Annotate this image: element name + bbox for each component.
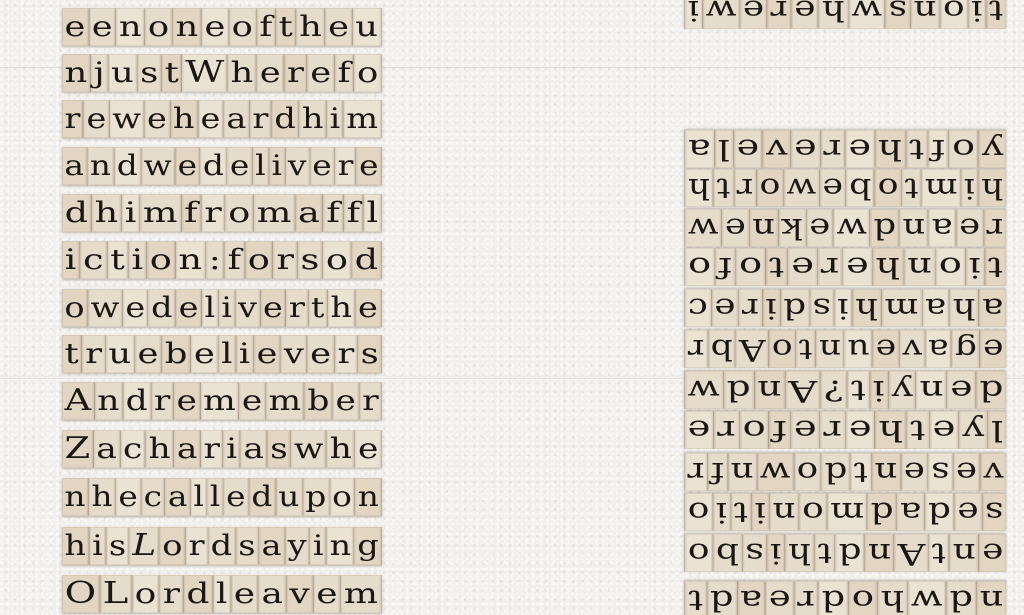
letter-tile: h <box>684 169 713 207</box>
letter-tile: i <box>236 335 254 373</box>
letter-tile: i <box>960 169 977 207</box>
letter-tile: a <box>224 100 250 138</box>
letter-tile: o <box>798 493 826 531</box>
letter-tile: a <box>684 130 713 168</box>
letter-tile: A <box>62 382 95 420</box>
letter-tile: Z <box>62 430 94 468</box>
letter-tile: m <box>826 493 866 531</box>
letter-tile: c <box>80 241 107 279</box>
letter-tile: a <box>62 147 87 185</box>
letter-tile: m <box>254 194 295 232</box>
letter-tile: h <box>146 430 174 468</box>
letter-tile: o <box>848 581 877 615</box>
letter-tile: L <box>130 527 160 565</box>
letter-tile: r <box>819 411 844 449</box>
letter-tile: n <box>176 241 206 279</box>
letter-tile: d <box>870 209 899 247</box>
letter-tile: n <box>949 534 979 572</box>
letter-tile: u <box>108 54 137 92</box>
letter-tile: s <box>107 527 130 565</box>
letter-tile: c <box>121 430 146 468</box>
text-line: yoftherevela <box>684 130 1006 168</box>
letter-tile: t <box>850 453 871 491</box>
letter-tile: t <box>906 411 928 449</box>
line-text: truebelievers <box>62 335 383 373</box>
letter-tile: n <box>976 581 1006 615</box>
letter-tile: e <box>116 478 141 516</box>
letter-tile: e <box>955 209 982 247</box>
line-text: denyit?Andw <box>684 371 1006 409</box>
letter-tile: n <box>769 493 799 531</box>
letter-tile: i <box>310 527 327 565</box>
letter-tile: h <box>949 289 978 327</box>
letter-tile: e <box>89 8 116 46</box>
letter-tile: e <box>710 289 738 327</box>
letter-tile: o <box>145 8 173 46</box>
letter-tile: f <box>182 194 202 232</box>
letter-tile: n <box>87 147 114 185</box>
letter-tile: n <box>864 534 894 572</box>
letter-tile: A <box>894 534 928 572</box>
letter-tile: i <box>967 0 985 29</box>
letter-tile: b <box>845 169 873 207</box>
letter-tile: o <box>684 534 712 572</box>
letter-tile: r <box>684 330 707 368</box>
letter-tile: h <box>328 289 356 327</box>
letter-tile: j <box>91 54 108 92</box>
letter-tile: e <box>928 411 958 449</box>
text-line: ndwhodreadt <box>684 581 1006 615</box>
letter-tile: o <box>226 194 255 232</box>
letter-tile: d <box>201 147 228 185</box>
letter-tile: s <box>885 0 910 29</box>
letter-tile: r <box>767 0 791 29</box>
letter-tile: e <box>135 335 162 373</box>
letter-tile: e <box>790 411 820 449</box>
letter-tile: e <box>261 289 287 327</box>
letter-tile: g <box>951 330 979 368</box>
letter-tile: r <box>684 453 707 491</box>
letter-tile: w <box>684 371 723 409</box>
letter-tile: t <box>62 335 83 373</box>
letter-tile: v <box>979 453 1006 491</box>
letter-tile: m <box>266 382 305 420</box>
letter-tile: e <box>145 100 171 138</box>
letter-tile: n <box>355 478 382 516</box>
letter-tile: e <box>842 248 872 286</box>
letter-tile: l <box>207 478 223 516</box>
line-text: egaveuntoAbr <box>684 330 1006 368</box>
letter-tile: o <box>684 493 712 531</box>
letter-tile: l <box>219 335 237 373</box>
letter-tile: t <box>765 248 787 286</box>
letter-tile: h <box>92 194 122 232</box>
letter-tile: l <box>191 478 207 516</box>
letter-tile: i <box>327 100 344 138</box>
letter-tile: w <box>291 430 327 468</box>
letter-tile: t <box>795 330 815 368</box>
letter-tile: i <box>129 241 147 279</box>
letter-tile: h <box>327 430 355 468</box>
letter-tile: m <box>881 289 921 327</box>
letter-tile: n <box>173 8 202 46</box>
letter-tile: d <box>818 581 848 615</box>
text-line: denyit?Andw <box>684 371 1006 409</box>
letter-tile: y <box>285 527 310 565</box>
letter-tile: e <box>257 54 284 92</box>
letter-tile: t <box>984 248 1006 286</box>
letter-tile: r <box>202 194 226 232</box>
letter-tile: n <box>915 371 946 409</box>
letter-tile: f <box>707 453 727 491</box>
letter-tile: v <box>899 330 925 368</box>
letter-tile: e <box>123 289 149 327</box>
letter-tile: e <box>819 169 846 207</box>
letter-tile: o <box>62 289 88 327</box>
letter-tile: t <box>107 241 128 279</box>
line-text: dhimfromaffl <box>62 194 382 232</box>
letter-tile: d <box>184 575 213 613</box>
letter-tile: a <box>94 430 121 468</box>
letter-tile: e <box>202 8 229 46</box>
text-line: entAndthisbo <box>684 534 1006 572</box>
letter-tile: c <box>684 289 710 327</box>
letter-tile: f <box>257 8 276 46</box>
letter-tile: l <box>253 147 269 185</box>
letter-tile: n <box>727 453 756 491</box>
letter-tile: o <box>874 169 901 207</box>
letter-tile: t <box>308 289 327 327</box>
letter-tile: d <box>945 581 975 615</box>
letter-tile: o <box>229 8 257 46</box>
letter-tile: r <box>738 289 761 327</box>
letter-tile: w <box>783 169 819 207</box>
letter-tile: h <box>170 100 198 138</box>
letter-tile: e <box>872 330 899 368</box>
letter-tile: f <box>714 248 735 286</box>
letter-tile: e <box>198 100 224 138</box>
letter-tile: o <box>939 0 967 29</box>
letter-tile: o <box>684 248 714 286</box>
letter-tile: w <box>88 289 123 327</box>
line-text: reandweknew <box>684 209 1006 247</box>
letter-tile: n <box>815 330 843 368</box>
letter-tile: h <box>228 54 257 92</box>
letter-tile: o <box>756 169 783 207</box>
letter-tile: i <box>122 194 140 232</box>
letter-tile: k <box>778 209 806 247</box>
letter-tile: w <box>684 209 721 247</box>
letter-tile: e <box>224 478 249 516</box>
line-text: eenoneoftheu <box>62 8 382 46</box>
letter-tile: i <box>712 493 730 531</box>
letter-tile: n <box>753 371 784 409</box>
letter-tile: t <box>713 169 733 207</box>
letter-tile: n <box>62 54 91 92</box>
letter-tile: n <box>116 8 145 46</box>
letter-tile: d <box>821 453 850 491</box>
letter-tile: e <box>355 430 382 468</box>
letter-tile: r <box>819 130 844 168</box>
letter-tile: e <box>790 130 819 168</box>
letter-tile: : <box>206 241 225 279</box>
letter-tile: o <box>147 241 176 279</box>
letter-tile: o <box>245 241 274 279</box>
letter-tile: f <box>225 241 245 279</box>
letter-tile: r <box>250 100 272 138</box>
text-line: sedadmonitio <box>684 493 1006 531</box>
text-line: Zachariaswhe <box>62 430 382 468</box>
letter-tile: n <box>903 248 935 286</box>
letter-tile: i <box>269 147 285 185</box>
letter-tile: v <box>286 147 310 185</box>
letter-tile: e <box>314 575 342 613</box>
letter-tile: o <box>323 241 352 279</box>
text-line: himtobeworth <box>684 169 1006 207</box>
letter-tile: e <box>239 382 266 420</box>
letter-tile: o <box>935 248 965 286</box>
text-line: Andremember <box>62 382 382 420</box>
line-text: tionswherewi <box>684 0 1006 29</box>
letter-tile: e <box>84 100 110 138</box>
letter-tile: d <box>867 493 896 531</box>
letter-tile: i <box>766 534 784 572</box>
letter-tile: w <box>833 209 870 247</box>
letter-tile: l <box>713 130 732 168</box>
letter-tile: e <box>790 0 818 29</box>
letter-tile: r <box>286 289 308 327</box>
letter-tile: e <box>721 209 748 247</box>
letter-tile: r <box>274 241 298 279</box>
letter-tile: e <box>310 147 335 185</box>
letter-tile: e <box>978 534 1006 572</box>
letter-tile: i <box>762 289 780 327</box>
letter-tile: m <box>341 575 382 613</box>
letter-tile: l <box>364 194 382 232</box>
line-text: OLordleavem <box>62 575 382 613</box>
letter-tile: e <box>176 289 202 327</box>
letter-tile: d <box>723 371 754 409</box>
letter-tile: e <box>326 8 353 46</box>
letter-tile: t <box>985 0 1006 29</box>
letter-tile: r <box>335 147 357 185</box>
letter-tile: r <box>284 54 307 92</box>
letter-tile: s <box>809 289 834 327</box>
letter-tile: r <box>160 575 184 613</box>
letter-tile: w <box>702 0 739 29</box>
letter-tile: e <box>191 335 218 373</box>
letter-tile: a <box>166 478 191 516</box>
letter-tile: b <box>305 382 333 420</box>
letter-tile: e <box>175 147 200 185</box>
letter-tile: d <box>114 147 141 185</box>
text-line: reweheardhim <box>62 100 382 138</box>
letter-tile: u <box>106 335 135 373</box>
letter-tile: W <box>183 54 228 92</box>
line-text: Zachariaswhe <box>62 430 382 468</box>
line-text: reweheardhim <box>62 100 382 138</box>
letter-tile: t <box>905 130 927 168</box>
line-text: nhecalledupon <box>62 478 382 516</box>
letter-tile: r <box>733 169 756 207</box>
letter-tile: t <box>901 169 921 207</box>
letter-tile: i <box>219 289 236 327</box>
letter-tile: i <box>965 248 984 286</box>
letter-tile: g <box>355 527 383 565</box>
letter-tile: n <box>327 527 355 565</box>
letter-tile: w <box>907 581 945 615</box>
letter-tile: r <box>817 248 842 286</box>
letter-tile: e <box>62 8 89 46</box>
letter-tile: a <box>921 289 949 327</box>
letter-tile: a <box>259 527 285 565</box>
letter-tile: w <box>756 453 793 491</box>
letter-tile: e <box>765 581 793 615</box>
letter-tile: o <box>160 527 186 565</box>
letter-tile: r <box>201 430 224 468</box>
letter-tile: s <box>268 430 292 468</box>
letter-tile: a <box>259 575 287 613</box>
letter-tile: t <box>162 54 183 92</box>
letter-tile: a <box>174 430 201 468</box>
letter-tile: d <box>924 493 953 531</box>
letter-tile: v <box>236 289 261 327</box>
letter-tile: a <box>928 209 956 247</box>
letter-tile: t <box>928 534 949 572</box>
line-text: himtobeworth <box>684 169 1006 207</box>
letter-tile: i <box>684 0 702 29</box>
letter-tile: o <box>735 248 765 286</box>
letter-tile: t <box>730 493 751 531</box>
letter-tile: n <box>748 209 777 247</box>
letter-tile: d <box>352 241 382 279</box>
text-line: andwedelivere <box>62 147 382 185</box>
letter-tile: e <box>333 382 360 420</box>
text-line: egaveuntoAbr <box>684 330 1006 368</box>
letter-tile: h <box>300 100 328 138</box>
letter-tile: d <box>835 534 864 572</box>
text-line: tionswherewi <box>684 0 1006 29</box>
letter-tile: a <box>896 493 924 531</box>
right-text-column-rotated: ndwhodreadt entAndthisbo sedadmonitio ve… <box>684 0 1006 615</box>
letter-tile: h <box>89 478 116 516</box>
letter-tile: e <box>308 54 335 92</box>
letter-tile: n <box>95 382 123 420</box>
text-line: iction:forsod <box>62 241 382 279</box>
letter-tile: i <box>751 493 769 531</box>
letter-tile: o <box>948 130 978 168</box>
letter-tile: o <box>354 54 382 92</box>
letter-tile: f <box>344 194 364 232</box>
text-line: lyetherefore <box>683 411 1006 449</box>
letter-tile: n <box>62 478 89 516</box>
letter-tile: e <box>952 453 979 491</box>
letter-tile: r <box>83 335 106 373</box>
letter-tile: f <box>335 54 354 92</box>
line-text: ndwhodreadt <box>684 581 1006 615</box>
letter-tile: e <box>356 289 382 327</box>
text-line: eenoneoftheu <box>62 8 382 46</box>
letter-tile: L <box>100 575 132 613</box>
letter-tile: e <box>844 130 873 168</box>
letter-tile: l <box>987 411 1006 449</box>
letter-tile: e <box>174 382 201 420</box>
letter-tile: e <box>805 209 832 247</box>
line-text: ahamhisdirec <box>684 289 1006 327</box>
letter-tile: a <box>924 330 951 368</box>
letter-tile: a <box>736 581 765 615</box>
line-text: andwedelivere <box>62 147 382 185</box>
line-text: lyetherefore <box>683 411 1006 449</box>
text-line: truebelievers <box>62 335 383 373</box>
letter-tile: o <box>330 478 356 516</box>
letter-tile: d <box>149 289 176 327</box>
text-line: owedeliverthe <box>62 289 381 327</box>
letter-tile: u <box>844 330 872 368</box>
letter-tile: t <box>684 581 705 615</box>
letter-tile: e <box>900 453 927 491</box>
letter-tile: h <box>874 411 906 449</box>
letter-tile: e <box>979 330 1006 368</box>
letter-tile: f <box>324 194 344 232</box>
letter-tile: r <box>713 411 738 449</box>
letter-tile: n <box>899 209 928 247</box>
line-text: sedadmonitio <box>684 493 1006 531</box>
letter-tile: e <box>227 147 252 185</box>
letter-tile: i <box>833 289 851 327</box>
letter-tile: s <box>236 527 259 565</box>
letter-tile: h <box>874 130 905 168</box>
letter-tile: s <box>358 335 383 373</box>
letter-tile: d <box>123 382 151 420</box>
letter-tile: t <box>847 371 869 409</box>
letter-tile: d <box>779 289 808 327</box>
letter-tile: d <box>249 478 276 516</box>
letter-tile: r <box>360 382 383 420</box>
text-line: ahamhisdirec <box>684 289 1006 327</box>
letter-tile: i <box>62 241 80 279</box>
text-line: tionheretofo <box>684 248 1006 286</box>
line-text: owedeliverthe <box>62 289 381 327</box>
letter-tile: c <box>141 478 165 516</box>
line-text: iction:forsod <box>62 241 382 279</box>
line-text: tionheretofo <box>684 248 1006 286</box>
letter-tile: i <box>869 371 888 409</box>
letter-tile: h <box>297 8 326 46</box>
letter-tile: o <box>132 575 160 613</box>
letter-tile: r <box>335 335 358 373</box>
letter-tile: l <box>213 575 231 613</box>
letter-tile: b <box>712 534 741 572</box>
letter-tile: r <box>151 382 174 420</box>
line-text: entAndthisbo <box>684 534 1006 572</box>
letter-tile: e <box>231 575 259 613</box>
letter-tile: m <box>201 382 240 420</box>
text-line: vesentdownfr <box>684 453 1006 491</box>
letter-tile: e <box>946 371 975 409</box>
letter-tile: e <box>739 0 767 29</box>
letter-tile: A <box>735 330 768 368</box>
letter-tile: e <box>732 130 761 168</box>
letter-tile: e <box>254 335 281 373</box>
letter-tile: d <box>62 194 92 232</box>
letter-tile: o <box>793 453 821 491</box>
letter-tile: w <box>110 100 145 138</box>
letter-tile: t <box>276 8 296 46</box>
letter-tile: a <box>241 430 268 468</box>
line-text: Andremember <box>62 382 382 420</box>
letter-tile: e <box>787 248 817 286</box>
